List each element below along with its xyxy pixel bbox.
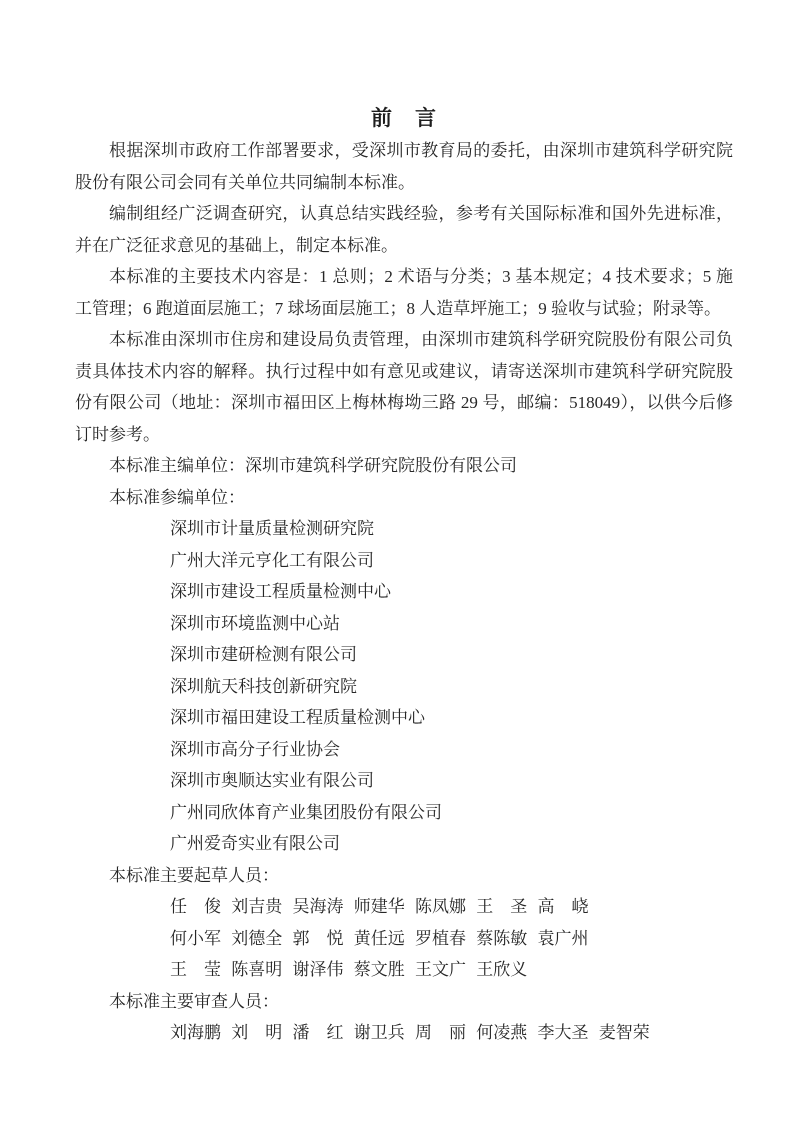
paragraph-process: 编制组经广泛调查研究，认真总结实践经验，参考有关国际标准和国外先进标准，并在广泛… xyxy=(75,198,733,261)
participating-unit: 深圳市计量质量检测研究院 xyxy=(170,513,733,545)
participating-unit: 广州爱奇实业有限公司 xyxy=(170,828,733,860)
participating-unit: 深圳市奥顺达实业有限公司 xyxy=(170,765,733,797)
page-title: 前 言 xyxy=(75,103,733,133)
document-body: 根据深圳市政府工作部署要求，受深圳市教育局的委托，由深圳市建筑科学研究院股份有限… xyxy=(75,135,733,1049)
drafters-row: 任 俊 刘吉贵 吴海涛 师建华 陈凤娜 王 圣 高 峣 xyxy=(170,891,733,923)
drafters-row: 何小军 刘德全 郭 悦 黄任远 罗植春 蔡陈敏 袁广州 xyxy=(170,923,733,955)
participating-unit: 深圳市高分子行业协会 xyxy=(170,734,733,766)
participating-unit: 深圳航天科技创新研究院 xyxy=(170,671,733,703)
drafters-row: 王 莹 陈喜明 谢泽伟 蔡文胜 王文广 王欣义 xyxy=(170,954,733,986)
reviewers-list: 刘海鹏 刘 明 潘 红 谢卫兵 周 丽 何凌燕 李大圣 麦智荣 xyxy=(75,1017,733,1049)
drafters-list: 任 俊 刘吉贵 吴海涛 师建华 陈凤娜 王 圣 高 峣 何小军 刘德全 郭 悦 … xyxy=(75,891,733,986)
chief-editor-label: 本标准主编单位： xyxy=(109,456,245,475)
paragraph-management: 本标准由深圳市住房和建设局负责管理，由深圳市建筑科学研究院股份有限公司负责具体技… xyxy=(75,324,733,450)
participating-unit: 深圳市环境监测中心站 xyxy=(170,608,733,640)
participating-unit: 深圳市建研检测有限公司 xyxy=(170,639,733,671)
document-page: 前 言 根据深圳市政府工作部署要求，受深圳市教育局的委托，由深圳市建筑科学研究院… xyxy=(0,0,800,1131)
participating-unit: 深圳市建设工程质量检测中心 xyxy=(170,576,733,608)
participating-unit: 深圳市福田建设工程质量检测中心 xyxy=(170,702,733,734)
chief-editor-line: 本标准主编单位：深圳市建筑科学研究院股份有限公司 xyxy=(75,450,733,482)
paragraph-basis: 根据深圳市政府工作部署要求，受深圳市教育局的委托，由深圳市建筑科学研究院股份有限… xyxy=(75,135,733,198)
reviewers-row: 刘海鹏 刘 明 潘 红 谢卫兵 周 丽 何凌燕 李大圣 麦智荣 xyxy=(170,1017,733,1049)
participating-unit: 广州大洋元亨化工有限公司 xyxy=(170,545,733,577)
chief-editor-name: 深圳市建筑科学研究院股份有限公司 xyxy=(245,456,517,475)
participating-unit: 广州同欣体育产业集团股份有限公司 xyxy=(170,797,733,829)
reviewers-label: 本标准主要审查人员： xyxy=(75,986,733,1018)
paragraph-contents: 本标准的主要技术内容是：1 总则；2 术语与分类；3 基本规定；4 技术要求；5… xyxy=(75,261,733,324)
drafters-label: 本标准主要起草人员： xyxy=(75,860,733,892)
participating-units-label: 本标准参编单位： xyxy=(75,482,733,514)
participating-units-list: 深圳市计量质量检测研究院 广州大洋元亨化工有限公司 深圳市建设工程质量检测中心 … xyxy=(75,513,733,860)
